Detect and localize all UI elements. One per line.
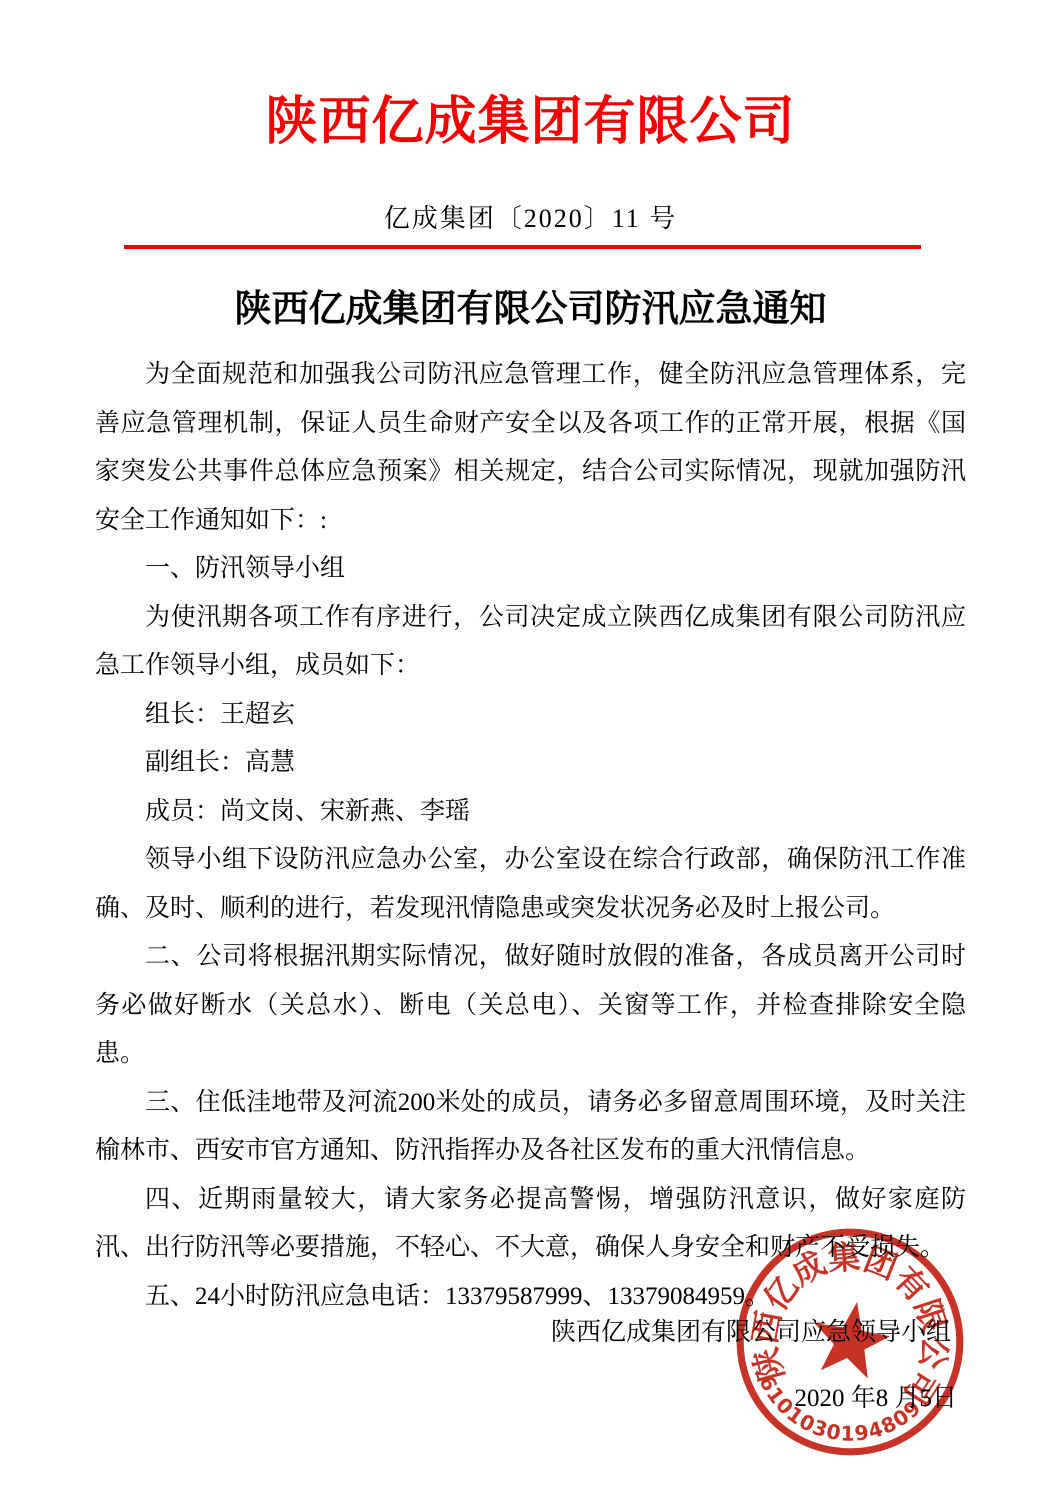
star-icon (806, 1295, 895, 1381)
paragraph: 副组长：高慧 (95, 739, 966, 788)
doc-title: 陕西亿成集团有限公司防汛应急通知 (0, 287, 1061, 333)
official-seal: 陕西亿成集团有限公司 6101030194809 (728, 1220, 972, 1464)
paragraph: 领导小组下设防汛应急办公室，办公室设在综合行政部，确保防汛工作准确、及时、顺利的… (95, 836, 966, 933)
seal-serial-number: 6101030194809 (746, 1368, 929, 1459)
paragraph: 为使汛期各项工作有序进行，公司决定成立陕西亿成集团有限公司防汛应急工作领导小组，… (95, 594, 966, 691)
paragraph: 组长：王超玄 (95, 691, 966, 740)
company-name-header: 陕西亿成集团有限公司 (0, 0, 1061, 152)
red-divider-rule (124, 245, 921, 249)
document-page: 陕西亿成集团有限公司 亿成集团〔2020〕11 号 陕西亿成集团有限公司防汛应急… (0, 0, 1061, 1500)
doc-number: 亿成集团〔2020〕11 号 (0, 202, 1061, 236)
paragraph: 三、住低洼地带及河流200米处的成员，请务必多留意周围环境，及时关注榆林市、西安… (95, 1079, 966, 1176)
paragraph: 为全面规范和加强我公司防汛应急管理工作，健全防汛应急管理体系，完善应急管理机制，… (95, 351, 966, 545)
paragraph: 一、防汛领导小组 (95, 545, 966, 594)
paragraph: 二、公司将根据汛期实际情况，做好随时放假的准备，各成员离开公司时务必做好断水（关… (95, 933, 966, 1079)
paragraph: 成员：尚文岗、宋新燕、李瑶 (95, 788, 966, 837)
doc-body: 为全面规范和加强我公司防汛应急管理工作，健全防汛应急管理体系，完善应急管理机制，… (0, 351, 1061, 1321)
